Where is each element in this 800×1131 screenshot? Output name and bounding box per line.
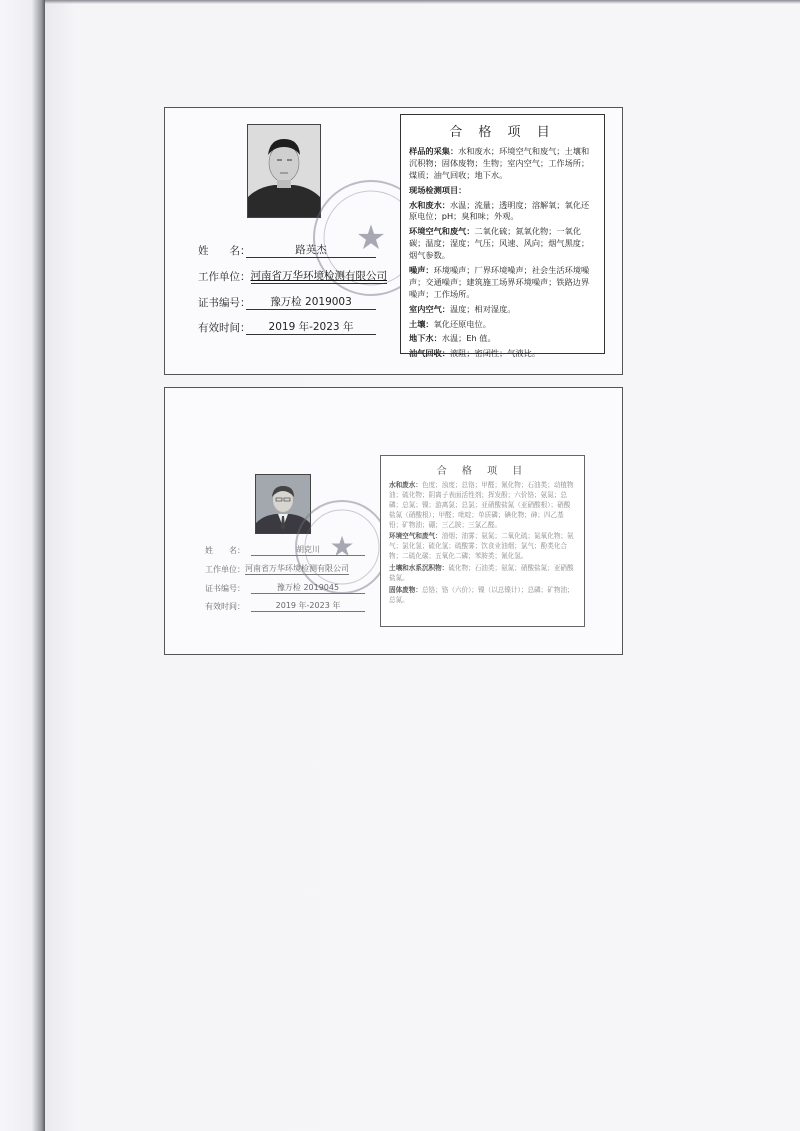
certificate-card-2: ★ 姓 名： 胡克川 工作单位： 河南省万华环境检测有限公司 证书编号： 豫万检… [164, 387, 623, 655]
qualified-item: 水和废水：色度；浊度；总铬；甲醛；氰化物；石油类；动植物油；硫化物；阴离子表面活… [389, 481, 576, 530]
qualified-item-heading: 样品的采集： [409, 146, 458, 156]
id-photo [255, 474, 311, 534]
qualified-item-heading: 现场检测项目： [409, 185, 466, 195]
validity-label: 有效时间： [205, 601, 251, 612]
name-label: 姓 名： [198, 243, 246, 258]
qualified-item: 土壤和水系沉积物：硫化物；石油类；氨氮；硝酸盐氮；亚硝酸盐氮。 [389, 564, 576, 584]
company-row: 工作单位： 河南省万华环境检测有限公司 [198, 268, 387, 284]
qualified-item: 样品的采集：水和废水；环境空气和废气；土壤和沉积物；固体废物；生物；室内空气；工… [409, 146, 596, 182]
name-row: 姓 名： 胡克川 [205, 544, 365, 556]
qualified-item-text: 环境噪声；厂界环境噪声；社会生活环境噪声；交通噪声；建筑施工场界环境噪声；铁路边… [409, 265, 589, 299]
validity-value: 2019 年-2023 年 [251, 600, 365, 612]
qualified-item-heading: 室内空气： [409, 304, 450, 314]
qualified-items-list: 水和废水：色度；浊度；总铬；甲醛；氰化物；石油类；动植物油；硫化物；阴离子表面活… [389, 481, 576, 606]
qualified-item: 现场检测项目： [409, 185, 596, 197]
company-value: 河南省万华环境检测有限公司 [245, 563, 349, 575]
validity-row: 有效时间： 2019 年-2023 年 [198, 319, 376, 335]
qualified-item: 土壤：氧化还原电位。 [409, 319, 596, 331]
qualified-item: 固体废物：总铬；铬（六价）；镍（以总镍计）；总磷；矿物油；总氮。 [389, 586, 576, 606]
qualified-item: 室内空气：温度；相对湿度。 [409, 304, 596, 316]
qualified-item-heading: 噪声： [409, 265, 434, 275]
qualified-item-heading: 水和废水： [409, 200, 450, 210]
qualified-item: 水和废水：水温；流量；透明度；溶解氧；氧化还原电位；pH；臭和味；外观。 [409, 200, 596, 224]
cert-number-row: 证书编号： 豫万检 2019003 [198, 294, 376, 310]
qualified-items-title: 合 格 项 目 [389, 462, 576, 477]
qualified-item-heading: 环境空气和废气： [389, 532, 442, 540]
person-portrait-icon [248, 125, 320, 217]
id-photo [247, 124, 321, 218]
qualified-items-box: 合 格 项 目 水和废水：色度；浊度；总铬；甲醛；氰化物；石油类；动植物油；硫化… [380, 455, 585, 627]
qualified-item: 噪声：环境噪声；厂界环境噪声；社会生活环境噪声；交通噪声；建筑施工场界环境噪声；… [409, 265, 596, 301]
person-portrait-icon [256, 475, 310, 533]
cert-number-row: 证书编号： 豫万检 2019045 [205, 582, 365, 594]
qualified-item: 油气回收：液阻；密闭性；气液比。 [409, 348, 596, 360]
qualified-item-text: 温度；相对湿度。 [450, 304, 516, 314]
qualified-item-heading: 水和废水： [389, 481, 422, 489]
validity-row: 有效时间： 2019 年-2023 年 [205, 600, 365, 612]
validity-label: 有效时间： [198, 320, 246, 335]
company-label: 工作单位： [198, 269, 251, 284]
qualified-item-heading: 土壤和水系沉积物： [389, 564, 448, 572]
name-value: 胡克川 [251, 544, 365, 556]
scan-top-shadow [45, 0, 800, 4]
company-value: 河南省万华环境检测有限公司 [251, 268, 388, 284]
qualified-item: 环境空气和废气：油烟；油雾；氨氮；二氧化硫；氮氧化物；氨气；氯化氢；硫化氢；硫酸… [389, 532, 576, 562]
qualified-item-heading: 土壤： [409, 319, 434, 329]
qualified-item-heading: 地下水： [409, 333, 442, 343]
qualified-item-heading: 环境空气和废气： [409, 226, 475, 236]
certificate-card-1: ★ 姓 名： 路英杰 工作单位： 河南省万华环境检测有限公司 证书编号： 豫万检… [164, 107, 623, 375]
cert-number-value: 豫万检 2019003 [246, 294, 376, 310]
name-label: 姓 名： [205, 545, 251, 556]
cert-number-label: 证书编号： [198, 295, 246, 310]
cert-number-value: 豫万检 2019045 [251, 582, 365, 594]
qualified-item-heading: 固体废物： [389, 586, 422, 594]
cert-number-label: 证书编号： [205, 583, 251, 594]
validity-value: 2019 年-2023 年 [246, 319, 376, 335]
qualified-items-title: 合 格 项 目 [409, 121, 596, 140]
qualified-item: 环境空气和废气：二氧化硫；氮氧化物；一氧化碳；温度；湿度；气压；风速、风向；烟气… [409, 226, 596, 262]
qualified-item-text: 水温；Eh 值。 [442, 333, 496, 343]
name-row: 姓 名： 路英杰 [198, 242, 376, 258]
name-value: 路英杰 [246, 242, 376, 258]
qualified-items-list: 样品的采集：水和废水；环境空气和废气；土壤和沉积物；固体废物；生物；室内空气；工… [409, 146, 596, 360]
qualified-items-box: 合 格 项 目 样品的采集：水和废水；环境空气和废气；土壤和沉积物；固体废物；生… [400, 114, 605, 354]
qualified-item-heading: 油气回收： [409, 348, 450, 358]
qualified-item-text: 氧化还原电位。 [434, 319, 491, 329]
qualified-item-text: 液阻；密闭性；气液比。 [450, 348, 540, 358]
qualified-item: 地下水：水温；Eh 值。 [409, 333, 596, 345]
company-row: 工作单位： 河南省万华环境检测有限公司 [205, 563, 349, 575]
scan-page-edge [0, 0, 45, 1131]
company-label: 工作单位： [205, 564, 245, 575]
